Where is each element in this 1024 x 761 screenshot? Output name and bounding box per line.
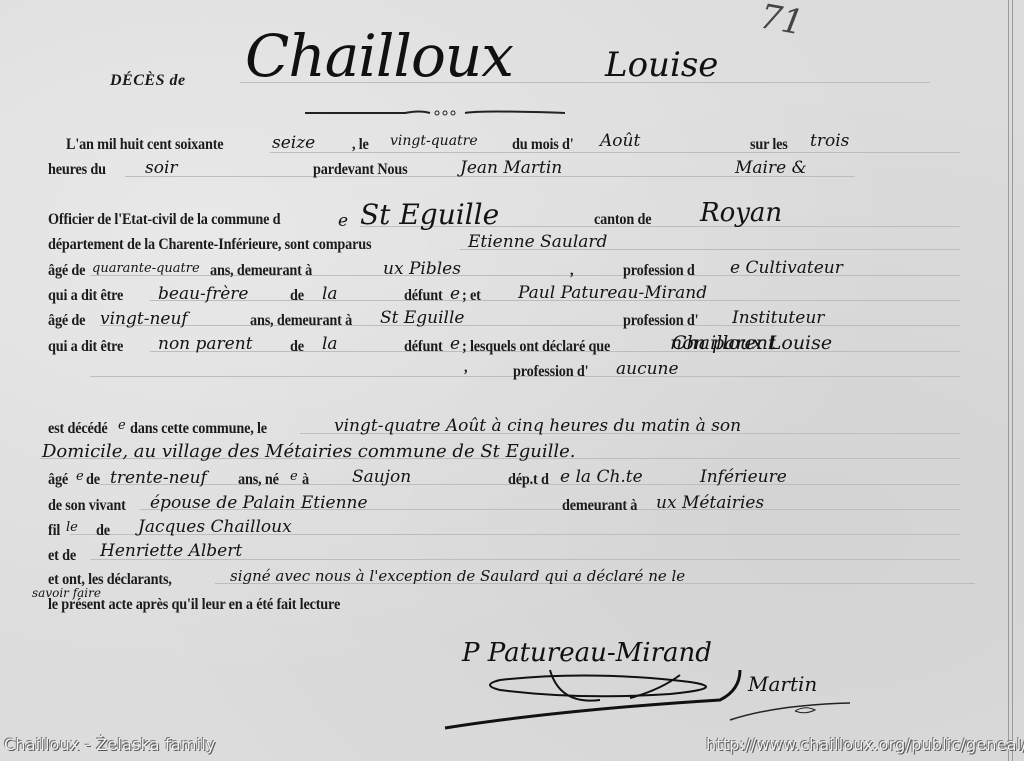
printed-text: défunt: [404, 287, 443, 305]
deceased-surname: Chailloux: [245, 22, 513, 90]
ornament-divider: [305, 108, 565, 118]
handwritten-age: vingt-neuf: [100, 309, 188, 329]
printed-text: ans, né: [238, 471, 279, 489]
handwritten-age: trente-neuf: [110, 468, 207, 488]
printed-text: heures du: [48, 161, 106, 179]
handwritten-mother: Henriette Albert: [100, 541, 242, 561]
handwritten-commune: St Eguille: [360, 198, 499, 231]
printed-text: le présent acte après qu'il leur en a ét…: [48, 596, 340, 614]
handwritten-profession: Instituteur: [732, 308, 824, 328]
printed-text: à: [302, 471, 309, 489]
printed-text: sur les: [750, 136, 788, 154]
heading-label: DÉCÈS de: [110, 72, 186, 90]
ruled-line: [100, 325, 960, 326]
printed-text: ; lesquels ont déclaré que: [462, 338, 610, 356]
handwritten-department-2: Inférieure: [700, 467, 787, 487]
handwritten-text: e: [76, 469, 84, 484]
printed-text: âgé de: [48, 262, 85, 280]
handwritten-death-date: vingt-quatre Août à cinq heures du matin…: [334, 416, 741, 436]
handwritten-profession: e Cultivateur: [730, 258, 843, 278]
handwritten-hour: trois: [810, 131, 849, 151]
signature-mayor: Martin: [748, 672, 817, 696]
printed-text: ; et: [462, 287, 481, 305]
margin-rule: [1012, 0, 1013, 761]
printed-text: ans, demeurant à: [250, 312, 352, 330]
printed-text: L'an mil huit cent soixante: [66, 136, 223, 154]
printed-text: ,: [570, 262, 573, 280]
printed-text: de: [86, 471, 100, 489]
printed-text: défunt: [404, 338, 443, 356]
printed-text: âgé: [48, 471, 68, 489]
handwritten-spouse: épouse de Palain Etienne: [150, 493, 368, 513]
handwritten-text: e: [290, 469, 298, 484]
printed-text: Officier de l'Etat-civil de la commune d: [48, 211, 280, 229]
handwritten-residence: ux Pibles: [383, 259, 461, 279]
handwritten-department: e la Ch.te: [560, 467, 643, 487]
handwritten-relation: beau-frère: [158, 284, 248, 304]
handwritten-relation: non parent: [158, 334, 253, 354]
deceased-given-name: Louise: [605, 45, 718, 85]
handwritten-text: le: [66, 520, 78, 535]
printed-text: ans, demeurant à: [210, 262, 312, 280]
handwritten-text: e: [450, 334, 460, 354]
handwritten-place: Domicile, au village des Métairies commu…: [42, 441, 576, 462]
handwritten-period: soir: [145, 158, 178, 178]
printed-text: , le: [352, 136, 369, 154]
handwritten-signature-note: signé avec nous à l'exception de Saulard…: [230, 567, 685, 585]
handwritten-officer-title: Maire &: [735, 158, 807, 178]
handwritten-year: seize: [272, 133, 315, 153]
printed-text: de: [290, 287, 304, 305]
handwritten-canton: Royan: [700, 198, 782, 228]
printed-text: est décédé: [48, 420, 108, 438]
folio-number: 71: [757, 0, 807, 43]
handwritten-profession: aucune: [616, 359, 679, 379]
handwritten-officer: Jean Martin: [460, 158, 562, 178]
register-page: 71 DÉCÈS de Chailloux Louise L'an mil hu…: [0, 0, 1024, 761]
handwritten-month: Août: [600, 131, 640, 151]
handwritten-age: quarante-quatre: [92, 261, 200, 276]
signature-flourish: [440, 660, 760, 730]
watermark-url[interactable]: http://www.chailloux.org/public/geneal/: [706, 735, 1024, 754]
handwritten-declarant-2: Paul Patureau-Mirand: [518, 283, 707, 303]
handwritten-text: la: [322, 284, 338, 304]
printed-text: département de la Charente-Inférieure, s…: [48, 236, 371, 254]
printed-text: de son vivant: [48, 497, 126, 515]
printed-text: fil: [48, 522, 60, 540]
handwritten-residence: ux Métairies: [656, 493, 764, 513]
printed-text: pardevant Nous: [313, 161, 407, 179]
handwritten-text: e: [118, 418, 126, 433]
handwritten-deceased-name: Chailloux Louise: [672, 332, 832, 354]
printed-text: demeurant à: [562, 497, 637, 515]
handwritten-residence: St Eguille: [380, 308, 465, 328]
printed-text: profession d': [623, 312, 698, 330]
printed-text: qui a dit être: [48, 287, 123, 305]
mayor-flourish: [725, 695, 855, 725]
printed-text: ,: [464, 359, 467, 377]
handwritten-birthplace: Saujon: [352, 467, 411, 487]
printed-text: du mois d': [512, 136, 574, 154]
printed-text: profession d: [623, 262, 695, 280]
printed-text: et de: [48, 547, 76, 565]
printed-text: dép.t d: [508, 471, 549, 489]
watermark-family: Chailloux - Żelaska family: [4, 735, 216, 754]
printed-text: de: [96, 522, 110, 540]
ruled-line: [270, 152, 960, 153]
printed-text: âgé de: [48, 312, 85, 330]
handwritten-declarant-1: Etienne Saulard: [468, 232, 607, 252]
handwritten-text: e: [338, 211, 348, 231]
margin-rule: [1008, 0, 1009, 761]
printed-text: de: [290, 338, 304, 356]
printed-text: qui a dit être: [48, 338, 123, 356]
printed-text: profession d': [513, 363, 588, 381]
handwritten-text: la: [322, 334, 338, 354]
printed-text: canton de: [594, 211, 651, 229]
handwritten-text: e: [450, 284, 460, 304]
printed-text: dans cette commune, le: [130, 420, 267, 438]
handwritten-day: vingt-quatre: [390, 133, 478, 149]
handwritten-father: Jacques Chailloux: [138, 517, 292, 537]
